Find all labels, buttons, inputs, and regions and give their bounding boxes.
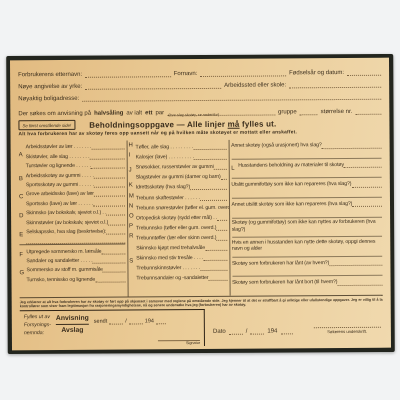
- application-mid: av ialt: [126, 110, 142, 116]
- shoe-group: Utslitt gummifottøy som ikke kan reparer…: [231, 178, 382, 199]
- signature-label: Signatur: [186, 341, 200, 345]
- form-line: Sommersko av stoff m. gummisåle: [26, 264, 125, 274]
- form-line: Selskapssko, hva slag (beskrivelse):: [26, 225, 125, 235]
- fill-in-line: [352, 199, 382, 207]
- form-line: Tøfler, alle slag . . . . . . . . .: [135, 140, 226, 151]
- office-label-line3: nemnda:: [24, 330, 51, 338]
- card-dark-backing: Forbrukerens etternavn: Fornavn: Fødsels…: [6, 54, 395, 354]
- item-label: Selskapssko, hva slag (beskrivelse):: [26, 229, 106, 236]
- form-line: Skotøy (og gummifottøy) som ikke kan nyt…: [232, 219, 383, 233]
- shoe-list-column-middle: HTøfler, alle slag . . . . . . . . .IKal…: [127, 140, 230, 297]
- form-line: Ortopedisk skotøy (sydd etter mål) . .: [136, 210, 227, 221]
- application-halvsaling: halvsåling: [94, 111, 123, 117]
- form-line: Snøsokker, russerstøvler av gummi: [136, 160, 227, 171]
- fill-in-line: [200, 192, 227, 200]
- fill-in-line: [108, 217, 125, 225]
- form-line: Arbeidsskotøy av gummi . . . . .: [26, 169, 125, 179]
- form-line: Annet utslitt skotøy som ikke kan repare…: [231, 199, 382, 208]
- fill-in-line: [93, 256, 126, 264]
- shoe-group: OOrtopedisk skotøy (sydd etter mål) . .: [129, 210, 227, 221]
- fill-in-line: [344, 160, 382, 168]
- group-letter: H: [128, 140, 135, 150]
- fill-in-line: [103, 265, 126, 273]
- item-label: Skotøy (og gummifottøy) som ikke kan nyt…: [232, 219, 383, 233]
- fill-in-line: [329, 258, 382, 266]
- date-slash: /: [246, 329, 248, 335]
- decision-options: Anvisning Avslag: [56, 314, 89, 346]
- date-year-fill: [280, 326, 292, 334]
- group-letter: P: [129, 221, 136, 231]
- decision-approve: Anvisning: [56, 315, 89, 322]
- sent-month-fill: [129, 316, 143, 324]
- applicant-signature-fill-line: [313, 319, 381, 328]
- item-label: Utslitt gummifottøy som ikke kan reparer…: [231, 181, 351, 188]
- form-line: Turnsko, tennissko og lignende: [26, 273, 125, 283]
- sent-date-row: sendt / 194: [94, 316, 200, 325]
- form-line: Trebunn skaftestøvler . . . . . .: [136, 190, 227, 201]
- fill-in-line: [106, 208, 125, 216]
- shoe-list: AArbeidsstøvler av lær . . . . . . .Skis…: [19, 139, 383, 299]
- fill-in-line: [93, 198, 125, 206]
- applicant-section: Dato / 194 Søkerens underskrift.: [205, 308, 383, 346]
- item-label: Annet utslitt skotøy som ikke kan repare…: [232, 201, 353, 208]
- office-label-line2: Forsynings-: [24, 322, 51, 330]
- form-line: Arbeidsstøvler av lær . . . . . . .: [26, 141, 125, 151]
- application-text: Der søkes om anvisning på: [18, 111, 91, 118]
- shoe-group: IKalosjer (lave) . . . . . . . . . .: [129, 150, 227, 161]
- fill-in-line: [214, 162, 227, 170]
- group-label: gruppe: [278, 109, 297, 115]
- form-line: Trebunnsko (tøfler eller gum. overd.): [136, 221, 227, 232]
- shoe-group: DSkinnsko (av bokskalv, sjeviot o.l.) . …: [19, 206, 125, 226]
- shoe-group: Skotøy som forbrukeren har lånt bort (ti…: [232, 276, 383, 296]
- shoe-group: PTrebunnsko (tøfler eller gum. overd.): [129, 221, 227, 232]
- decision-reject: Avslag: [56, 327, 89, 334]
- form-line: Slagstøvler av gummi (damer og barn): [136, 170, 227, 181]
- item-label: Skotøy som forbrukeren har lånt (av hvem…: [232, 260, 329, 267]
- office-label-line1: Fylles ut av: [24, 314, 51, 322]
- form-line: [26, 234, 125, 244]
- shoe-group: KIdrettsskotøy (hva slag?): [129, 180, 227, 191]
- fill-in-line: [91, 161, 125, 169]
- shoe-list-column-right: Annet skotøy (også urasjonert) hva slag?…: [229, 139, 383, 296]
- shoe-list-column-left: AArbeidsstøvler av lær . . . . . . .Skis…: [19, 141, 129, 298]
- item-label: Turnsko, tennissko og lignende: [27, 277, 96, 283]
- item-label: Annet skotøy (også urasjonert) hva slag?: [231, 142, 322, 149]
- item-label: Trebunnskinnstøvler . . . . . . .: [136, 265, 200, 271]
- birth-fill-line: [347, 68, 381, 76]
- sent-label: sendt: [94, 319, 108, 325]
- shoe-group: CGrove arbeidssko (lave) av lærSportssko…: [19, 187, 125, 207]
- item-label: Skinnsko med stiv tresåle . . . .: [136, 255, 203, 261]
- form-line: Skinnsko kjøpt med trehalvsåle: [136, 241, 227, 252]
- fill-in-line: [193, 142, 226, 150]
- fill-in-line: [337, 278, 382, 286]
- signature-area: Signatur: [94, 334, 200, 346]
- form-line: Kalosjer (lave) . . . . . . . . . .: [136, 150, 227, 161]
- group-letter: I: [129, 151, 136, 161]
- form-line: Skotøy som forbrukeren har lånt bort (ti…: [232, 278, 383, 287]
- fill-in-line: [94, 179, 125, 187]
- supply-board-box: Fylles ut av Forsynings- nemnda: Anvisni…: [20, 309, 205, 347]
- sent-section: sendt / 194 Signatur: [94, 313, 200, 346]
- sent-year-fill: [156, 316, 166, 324]
- item-label: Arbeidsstøvler av lær . . . . . . .: [26, 144, 92, 150]
- fill-in-line: [351, 180, 381, 188]
- applicant-signature-label: Søkerens underskrift.: [313, 328, 381, 334]
- group-letter: R: [129, 231, 136, 241]
- group-letter: K: [129, 181, 136, 191]
- shoe-group: FUtpregede sommersko m. lærsåleSandaler …: [19, 245, 125, 265]
- item-label: Utpregede sommersko m. lærsåle: [26, 248, 101, 255]
- decision-divider: [56, 324, 89, 325]
- fill-in-line: [91, 142, 124, 150]
- item-label: Skinnsko kjøpt med trehalvsåle: [136, 245, 205, 251]
- application-par: par: [155, 110, 164, 116]
- form-line: Grove arbeidssko (lave) av lær: [26, 187, 125, 197]
- group-letter: N: [129, 201, 136, 211]
- notice-box: Se først omstående side!: [18, 120, 75, 130]
- footer: Fylles ut av Forsynings- nemnda: Anvisni…: [20, 308, 383, 348]
- sent-year-prefix: 194: [145, 318, 154, 324]
- header-row-application: Der søkes om anvisning på halvsåling av …: [18, 100, 381, 118]
- shoe-group: GSommersko av stoff m. gummisåleTurnsko,…: [19, 264, 125, 284]
- group-letter: O: [129, 211, 136, 221]
- shoe-group: HTøfler, alle slag . . . . . . . . .: [128, 140, 226, 151]
- date-year-prefix: 194: [267, 328, 277, 334]
- shoe-group: Annet skotøy (også urasjonert) hva slag?: [231, 139, 382, 160]
- form-line: Utslitt gummifottøy som ikke kan reparer…: [231, 180, 382, 189]
- item-label: Grove arbeidssko (lave) av lær: [26, 191, 94, 197]
- size-label: størrelse nr.: [321, 109, 353, 115]
- fill-in-line: [322, 140, 382, 148]
- fill-in-line: [94, 170, 125, 178]
- form-line: Skistøvler, alle slag . . . . . . . .: [26, 150, 125, 160]
- item-label: Skistøvler, alle slag . . . . . . . .: [26, 154, 90, 160]
- ration-form-card: Forbrukerens etternavn: Fornavn: Fødsels…: [10, 58, 391, 351]
- form-line: Annet skotøy (også urasjonert) hva slag?: [231, 140, 382, 149]
- shoe-group: ESelskapssko, hva slag (beskrivelse):: [19, 225, 125, 246]
- item-label: Skotøy som forbrukeren har lånt bort (ti…: [232, 280, 337, 287]
- shoe-group: Annet utslitt skotøy som ikke kan repare…: [231, 198, 382, 219]
- form-line: Trebunnskinnstøvler . . . . . . .: [136, 261, 227, 272]
- shoe-group: NTrebunn snørestøvler (tøfler el. gum. o…: [129, 200, 227, 211]
- form-line: Trebunnsandaler og -sandaletter: [136, 271, 227, 282]
- shoe-group: RTrebunntøfler (lær eller skinn overd.): [129, 231, 227, 242]
- fill-in-line: [208, 273, 227, 281]
- form-line: Utpregede sommersko m. lærsåle: [26, 245, 125, 255]
- fill-in-line: [205, 243, 227, 251]
- fill-in-line: [26, 236, 125, 245]
- shoe-group: JSnøsokker, russerstøvler av gummiSlagst…: [129, 160, 227, 181]
- form-line: Trebunntøfler (lær eller skinn overd.): [136, 231, 227, 242]
- fill-in-line: [216, 233, 226, 241]
- office-label: Fylles ut av Forsynings- nemnda:: [24, 314, 51, 346]
- form-line: Skinnsko (av bokskalv, sjeviot o.l.) . .: [26, 206, 125, 216]
- form-line: Hvis en annen i husstanden kan nytte det…: [232, 238, 383, 252]
- group-letter: M: [129, 191, 136, 201]
- sent-slash: /: [125, 319, 127, 325]
- form-line: Husstandens beholdning av materialer til…: [238, 160, 382, 169]
- date-row: Dato / 194 Søkerens underskrift.: [213, 319, 381, 335]
- form-line: Trebunn snørestøvler (tøfler el. gum. ov…: [136, 200, 227, 211]
- shoe-group: Skotøy som forbrukeren har lånt (av hvem…: [232, 257, 383, 278]
- form-line: Idrettsskotøy (hva slag?): [136, 180, 227, 191]
- applicant-signature-area: Søkerens underskrift.: [313, 319, 381, 334]
- fill-in-line: [221, 172, 227, 180]
- shoe-type-note: (hva slag skotøy, se nedenfor): [168, 113, 219, 117]
- form-line: Skotøy som forbrukeren har lånt (av hvem…: [232, 258, 383, 267]
- shoe-group: AArbeidsstøvler av lær . . . . . . .Skis…: [19, 141, 125, 170]
- fill-in-line: [101, 246, 125, 254]
- item-label: Snøsokker, russerstøvler av gummi: [136, 164, 214, 171]
- item-label: Hvis en annen i husstanden kan nytte det…: [232, 238, 383, 252]
- item-label: Arbeidsskotøy av gummi . . . . .: [26, 172, 94, 178]
- item-label: Skinnsko (av bokskalv, sjeviot o.l.) . .: [26, 210, 106, 217]
- fill-in-line: [216, 223, 226, 231]
- fill-in-line: [95, 274, 125, 282]
- fill-in-line: [94, 189, 125, 197]
- size-fill-line: [355, 107, 381, 115]
- shoe-group: SSkinnsko kjøpt med trehalvsåleSkinnsko …: [129, 241, 227, 282]
- sent-day-fill: [109, 317, 123, 325]
- form-line: Skinnsko med stiv tresåle . . . .: [136, 251, 227, 262]
- fill-in-line: [200, 263, 227, 271]
- item-label: Trebunnsandaler og -sandaletter: [136, 275, 208, 282]
- item-label: Sommersko av stoff m. gummisåle: [26, 267, 102, 274]
- group-fill-line: [300, 107, 318, 115]
- date-label: Dato: [213, 329, 226, 335]
- fill-in-line: [89, 151, 124, 159]
- shoe-group: Skotøy (og gummifottøy) som ikke kan nyt…: [232, 217, 383, 238]
- form-title: Beholdningsoppgave — Alle linjer må fyll…: [89, 119, 276, 129]
- shoe-group: BArbeidsskotøy av gummi . . . . .Sportss…: [19, 169, 125, 189]
- shoe-group: Hvis en annen i husstanden kan nytte det…: [232, 237, 383, 258]
- fill-in-line: [203, 253, 227, 261]
- application-ett: ett: [145, 110, 152, 116]
- date-day-fill: [229, 327, 243, 335]
- fill-in-line: [194, 152, 226, 160]
- photo-background: Forbrukerens etternavn: Fornavn: Fødsels…: [0, 0, 400, 400]
- fill-in-line: [190, 182, 226, 190]
- shoe-group: MTrebunn skaftestøvler . . . . . .: [129, 190, 227, 201]
- item-label: Husstandens beholdning av materialer til…: [238, 162, 344, 169]
- fill-in-line: [217, 213, 226, 221]
- date-month-fill: [250, 327, 264, 335]
- shoe-group: LHusstandens beholdning av materialer ti…: [231, 158, 382, 179]
- fill-in-line: [106, 226, 125, 234]
